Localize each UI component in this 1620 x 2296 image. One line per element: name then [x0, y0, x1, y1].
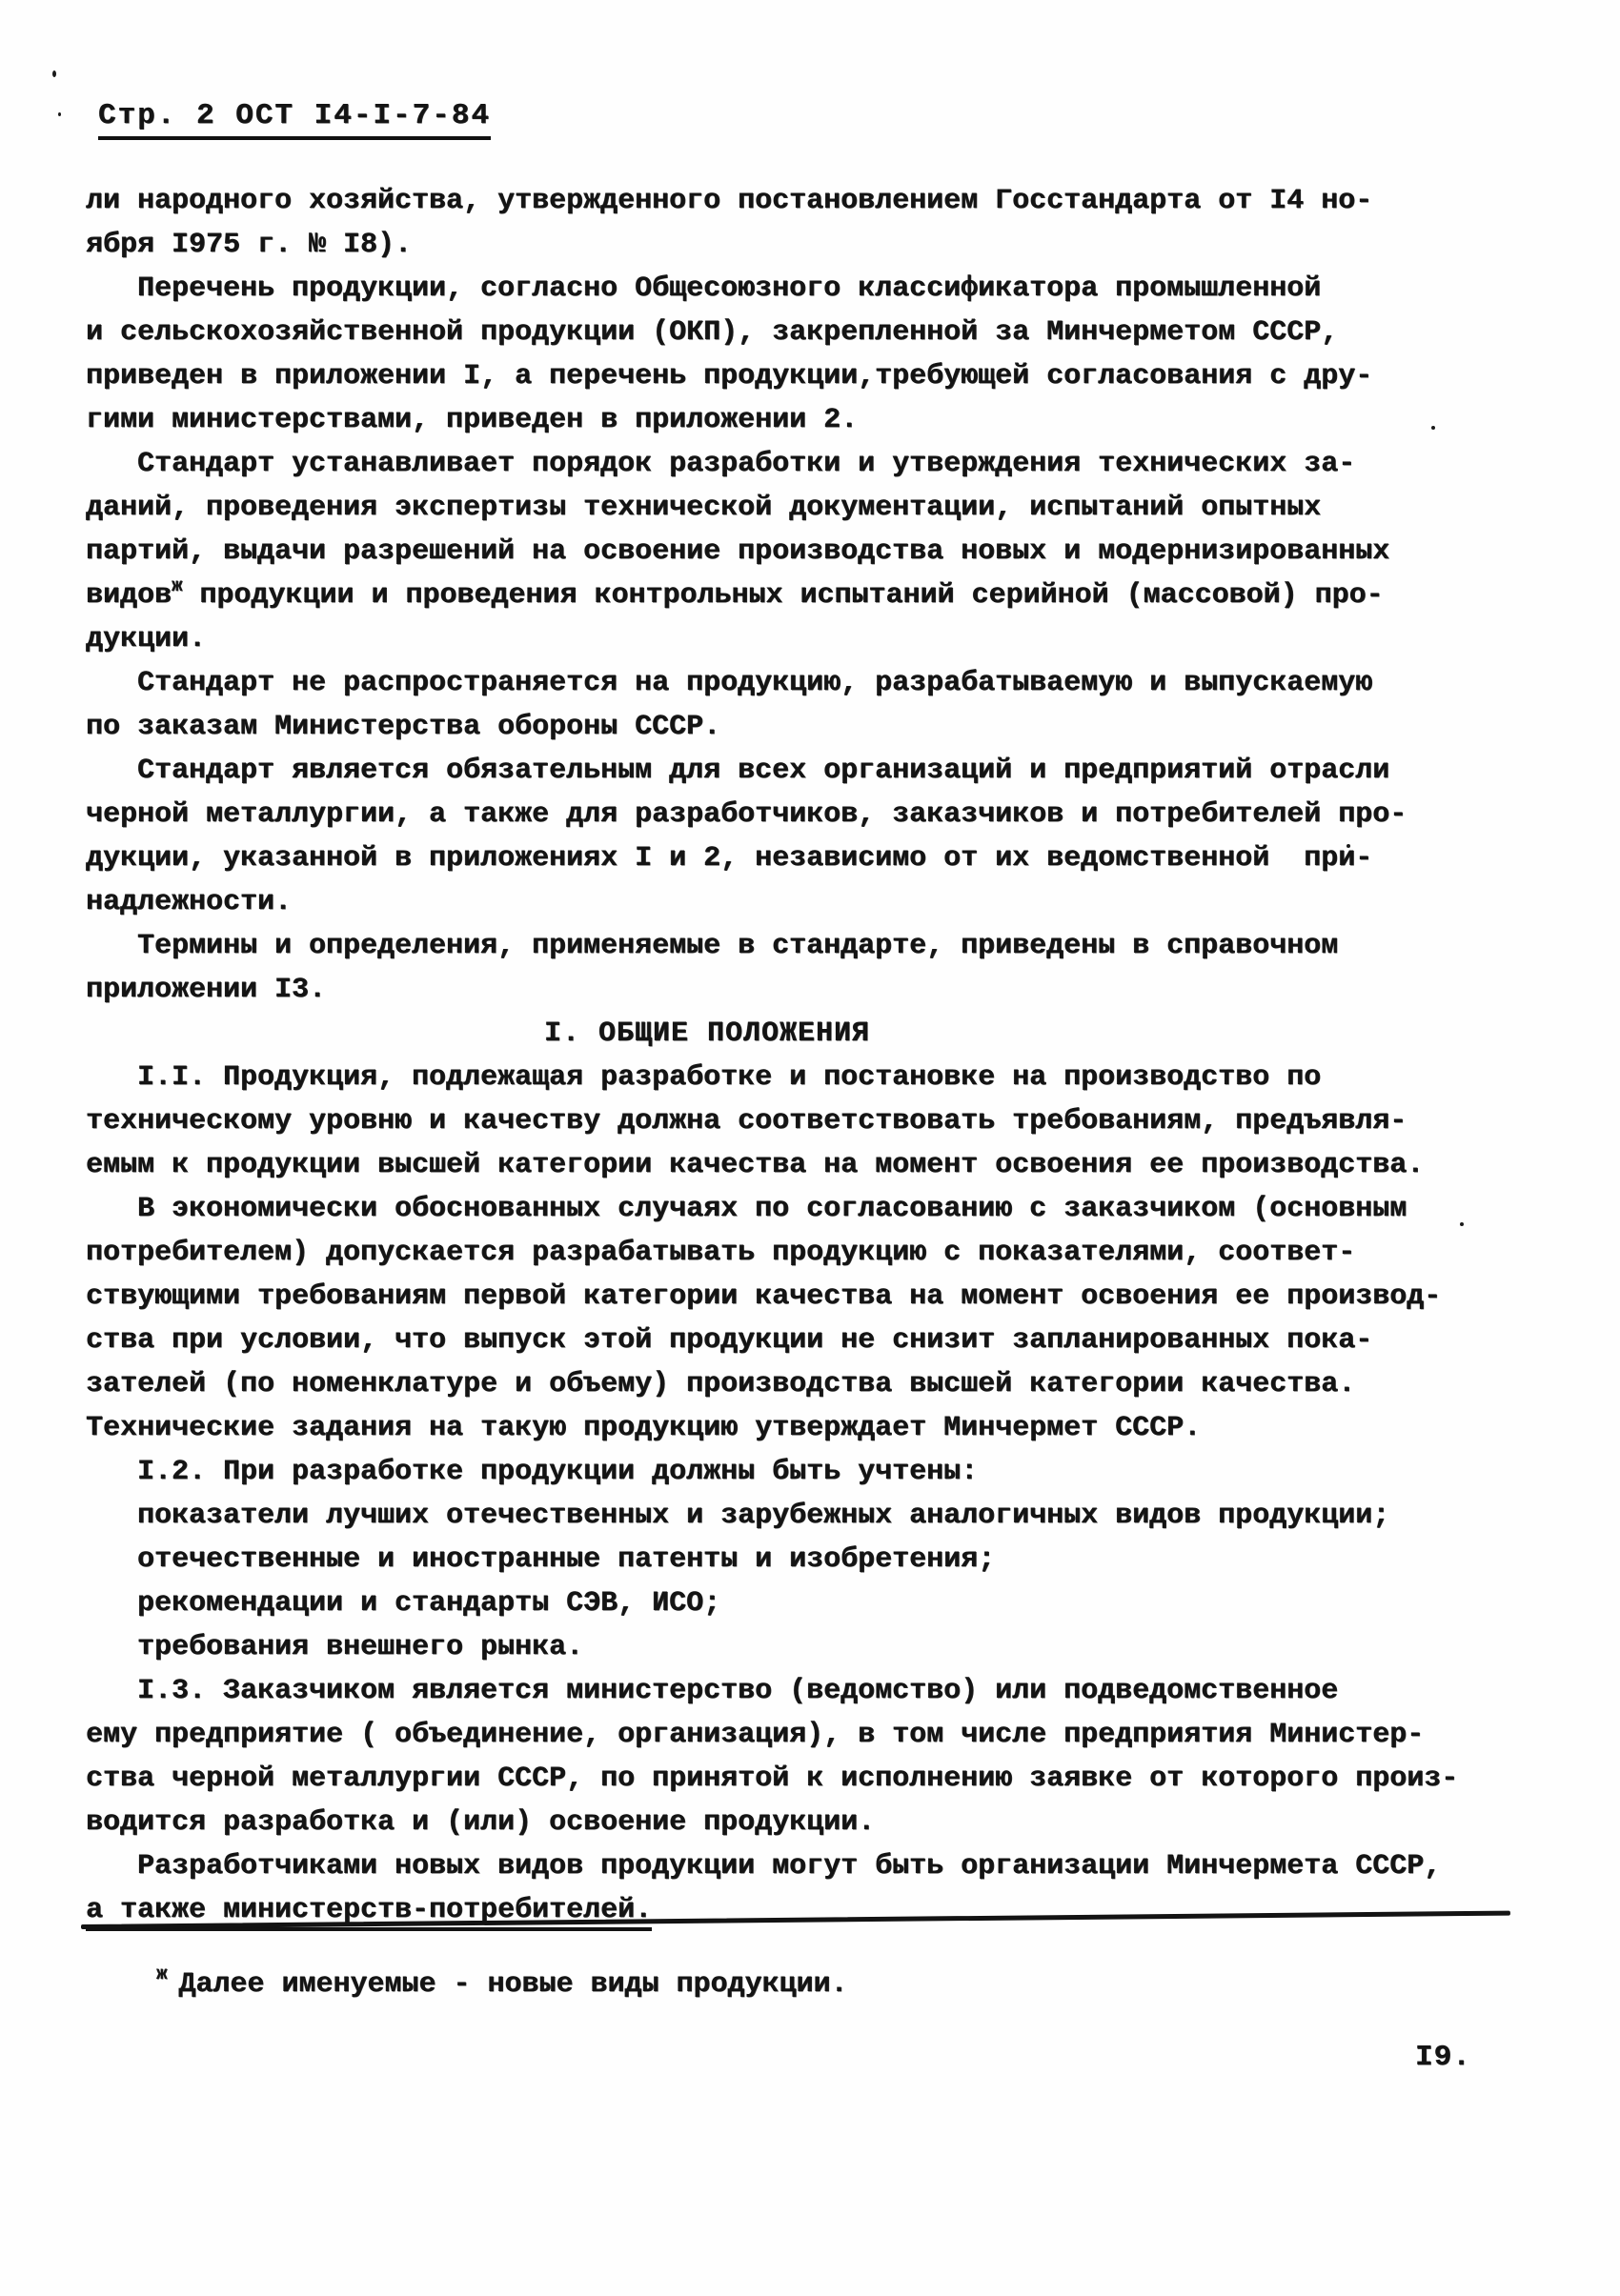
text-line: В экономически обоснованных случаях по с…: [86, 1187, 1496, 1231]
text-line: ства при условии, что выпуск этой продук…: [86, 1319, 1496, 1362]
text-run: требования внешнего рынка.: [137, 1631, 583, 1663]
text-run: I.2. При разработке продукции должны быт…: [137, 1456, 978, 1488]
scan-artifact: [52, 70, 56, 77]
text-run: показатели лучших отечественных и зарубе…: [137, 1500, 1389, 1532]
text-line: гими министерствами, приведен в приложен…: [86, 398, 1496, 442]
text-run: приложении I3.: [86, 974, 326, 1006]
text-line: отечественные и иностранные патенты и из…: [86, 1538, 1496, 1581]
text-run: даний, проведения экспертизы технической…: [86, 492, 1321, 524]
text-run: техническому уровню и качеству должна со…: [86, 1105, 1407, 1138]
text-line: ября I975 г. № I8).: [86, 223, 1496, 267]
text-line: показатели лучших отечественных и зарубе…: [86, 1494, 1496, 1538]
text-run: продукции и проведения контрольных испыт…: [182, 579, 1383, 612]
text-line: даний, проведения экспертизы технической…: [86, 486, 1496, 530]
text-line: Разработчиками новых видов продукции мог…: [86, 1844, 1496, 1888]
text-run: отечественные и иностранные патенты и из…: [137, 1543, 995, 1576]
scan-artifact: [1431, 426, 1435, 430]
text-line: Стандарт является обязательным для всех …: [86, 749, 1496, 793]
footnote-reference-marker: ж: [172, 575, 182, 596]
text-run: ему предприятие ( объединение, организац…: [86, 1719, 1424, 1751]
text-line: надлежности.: [86, 880, 1496, 924]
text-line: ства черной металлургии СССР, по принято…: [86, 1757, 1496, 1801]
text-line: Перечень продукции, согласно Общесоюзног…: [86, 267, 1496, 311]
text-line: дукции, указанной в приложениях I и 2, н…: [86, 836, 1496, 880]
text-line: I.2. При разработке продукции должны быт…: [86, 1450, 1496, 1494]
text-line: рекомендации и стандарты СЭВ, ИСО;: [86, 1581, 1496, 1625]
text-run: емым к продукции высшей категории качест…: [86, 1149, 1424, 1181]
text-run: потребителем) допускается разрабатывать …: [86, 1237, 1355, 1269]
text-run: дукции.: [86, 623, 206, 655]
footnote-text: Далее именуемые - новые виды продукции.: [178, 1968, 847, 2001]
text-line: техническому уровню и качеству должна со…: [86, 1099, 1496, 1143]
text-run: ства при условии, что выпуск этой продук…: [86, 1324, 1372, 1357]
text-line: требования внешнего рынка.: [86, 1625, 1496, 1669]
text-run: I.I. Продукция, подлежащая разработке и …: [137, 1061, 1321, 1094]
text-line: ли народного хозяйства, утвержденного по…: [86, 179, 1496, 223]
text-run: I. ОБЩИЕ ПОЛОЖЕНИЯ: [544, 1017, 870, 1050]
text-line: видовж продукции и проведения контрольны…: [86, 574, 1496, 617]
text-line: приложении I3.: [86, 968, 1496, 1012]
text-line: Термины и определения, применяемые в ста…: [86, 924, 1496, 968]
page-number: I9.: [1415, 2041, 1471, 2074]
footnote: жДалее именуемые - новые виды продукции.: [88, 1936, 848, 2033]
text-run: водится разработка и (или) освоение прод…: [86, 1806, 875, 1839]
text-line: Технические задания на такую продукцию у…: [86, 1406, 1496, 1450]
text-line: емым к продукции высшей категории качест…: [86, 1143, 1496, 1187]
text-run: дукции, указанной в приложениях I и 2, н…: [86, 842, 1372, 875]
page-header: Стр. 2 ОСТ I4-I-7-84: [98, 99, 491, 140]
section-heading: I. ОБЩИЕ ПОЛОЖЕНИЯ: [2, 1012, 1412, 1056]
text-line: водится разработка и (или) освоение прод…: [86, 1801, 1496, 1844]
text-run: видов: [86, 579, 172, 612]
document-body: ли народного хозяйства, утвержденного по…: [86, 179, 1496, 1932]
text-run: Стандарт не распространяется на продукци…: [137, 667, 1372, 699]
footnote-marker: ж: [156, 1964, 167, 1984]
text-line: I.3. Заказчиком является министерство (в…: [86, 1669, 1496, 1713]
text-run: черной металлургии, а также для разработ…: [86, 798, 1407, 831]
text-line: дукции.: [86, 617, 1496, 661]
text-line: Стандарт устанавливает порядок разработк…: [86, 442, 1496, 486]
text-line: партий, выдачи разрешений на освоение пр…: [86, 530, 1496, 574]
text-run: рекомендации и стандарты СЭВ, ИСО;: [137, 1587, 720, 1620]
text-run: гими министерствами, приведен в приложен…: [86, 404, 858, 436]
document-page: Стр. 2 ОСТ I4-I-7-84 ли народного хозяйс…: [0, 0, 1620, 2296]
text-run: ли народного хозяйства, утвержденного по…: [86, 185, 1372, 217]
text-line: а также министерств-потребителей.: [86, 1888, 1496, 1932]
text-line: черной металлургии, а также для разработ…: [86, 793, 1496, 836]
text-run: партий, выдачи разрешений на освоение пр…: [86, 535, 1389, 568]
text-run: зателей (по номенклатуре и объему) произ…: [86, 1368, 1355, 1400]
text-line: ствующими требованиям первой категории к…: [86, 1275, 1496, 1319]
text-line: и сельскохозяйственной продукции (ОКП), …: [86, 311, 1496, 354]
text-line: ему предприятие ( объединение, организац…: [86, 1713, 1496, 1757]
text-run: В экономически обоснованных случаях по с…: [137, 1193, 1407, 1225]
text-run: Разработчиками новых видов продукции мог…: [137, 1850, 1441, 1883]
text-line: I.I. Продукция, подлежащая разработке и …: [86, 1056, 1496, 1099]
text-run: приведен в приложении I, а перечень прод…: [86, 360, 1372, 393]
text-run: Перечень продукции, согласно Общесоюзног…: [137, 272, 1321, 305]
text-line: Стандарт не распространяется на продукци…: [86, 661, 1496, 705]
text-line: зателей (по номенклатуре и объему) произ…: [86, 1362, 1496, 1406]
text-run: Технические задания на такую продукцию у…: [86, 1412, 1201, 1444]
text-line: по заказам Министерства обороны СССР.: [86, 705, 1496, 749]
text-run: ября I975 г. № I8).: [86, 229, 412, 261]
text-run: Стандарт устанавливает порядок разработк…: [137, 448, 1355, 480]
text-run: и сельскохозяйственной продукции (ОКП), …: [86, 316, 1338, 349]
text-line: потребителем) допускается разрабатывать …: [86, 1231, 1496, 1275]
scan-artifact: [1460, 1222, 1464, 1226]
text-run: Термины и определения, применяемые в ста…: [137, 930, 1338, 962]
text-line: приведен в приложении I, а перечень прод…: [86, 354, 1496, 398]
text-run: надлежности.: [86, 886, 292, 918]
text-run: I.3. Заказчиком является министерство (в…: [137, 1675, 1338, 1707]
text-run: ства черной металлургии СССР, по принято…: [86, 1762, 1458, 1795]
scan-artifact: [1347, 844, 1350, 848]
scan-artifact: [58, 112, 61, 116]
text-run: по заказам Министерства обороны СССР.: [86, 711, 720, 743]
text-run: Стандарт является обязательным для всех …: [137, 755, 1389, 787]
text-run: ствующими требованиям первой категории к…: [86, 1280, 1441, 1313]
